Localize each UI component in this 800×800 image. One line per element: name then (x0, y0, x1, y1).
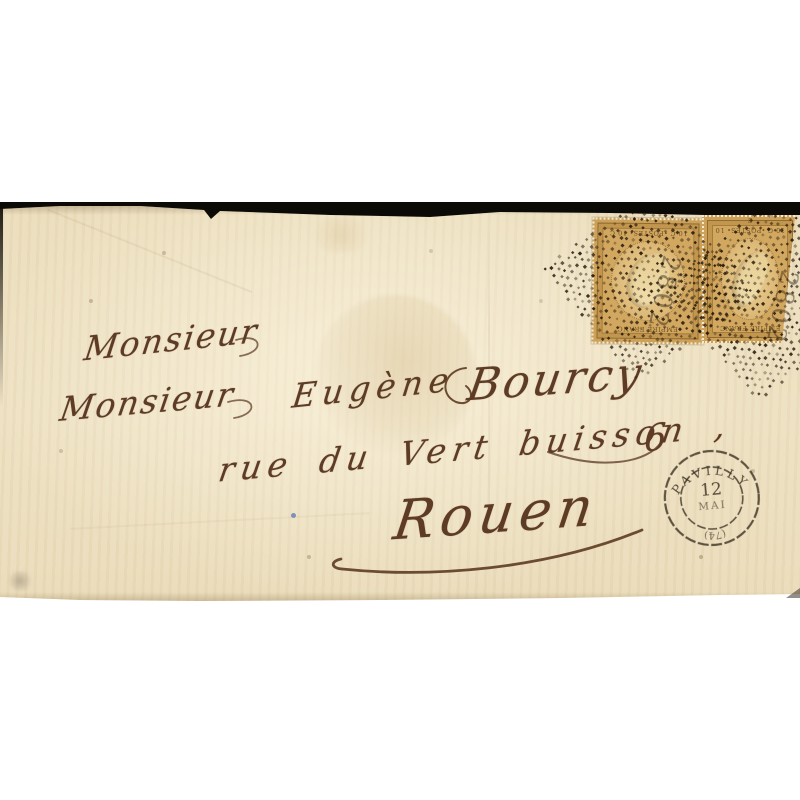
postage-stamp-left: 10 C ∙POSTES∙ 10 C EMPIRE FRANC (591, 218, 704, 345)
stamp-empire-band: EMPIRE FRANC (714, 323, 786, 333)
napoleon-head-silhouette (619, 246, 676, 314)
stamp-postes-band: 10 C ∙POSTES∙ 10 C (604, 228, 692, 239)
stamp-empire-band: EMPIRE FRANC (604, 324, 692, 335)
blue-ink-speck (291, 513, 296, 518)
stamp-oval (611, 241, 686, 322)
cds-day: 12 (699, 479, 722, 501)
pavilly-datestamp: PAVILLY 12 MAI (74) (647, 435, 777, 565)
address-line-monsieur-1: Monsieur (82, 310, 262, 368)
paper-crease (48, 209, 253, 293)
stamp-postes-band: 10 C ∙POSTES∙ 10 C (714, 225, 786, 235)
stamp-frame: 10 C ∙POSTES∙ 10 C EMPIRE FRANC (707, 220, 793, 338)
backdrop-left-sliver (0, 207, 3, 407)
address-line-monsieur-2: Monsieur (57, 374, 238, 429)
paper-smudge (6, 571, 34, 591)
photo-canvas: Monsieur Monsieur Eugène Bourcy rue du V… (0, 0, 800, 800)
address-city: Rouen (390, 474, 603, 552)
recipient-last-name: Bourcy (464, 348, 647, 412)
envelope: Monsieur Monsieur Eugène Bourcy rue du V… (0, 0, 800, 800)
stamp-frame: 10 C ∙POSTES∙ 10 C EMPIRE FRANC (596, 223, 699, 340)
stamp-oval (721, 238, 779, 320)
postage-stamp-right: 10 C ∙POSTES∙ 10 C EMPIRE FRANC (702, 215, 798, 343)
paper-stain (306, 218, 376, 252)
napoleon-head-silhouette (725, 245, 774, 311)
envelope-bottom-edge-shadow (0, 592, 800, 601)
paper-crease (70, 512, 370, 530)
cds-month: MAI (698, 499, 727, 513)
paper-specks (0, 0, 2, 2)
